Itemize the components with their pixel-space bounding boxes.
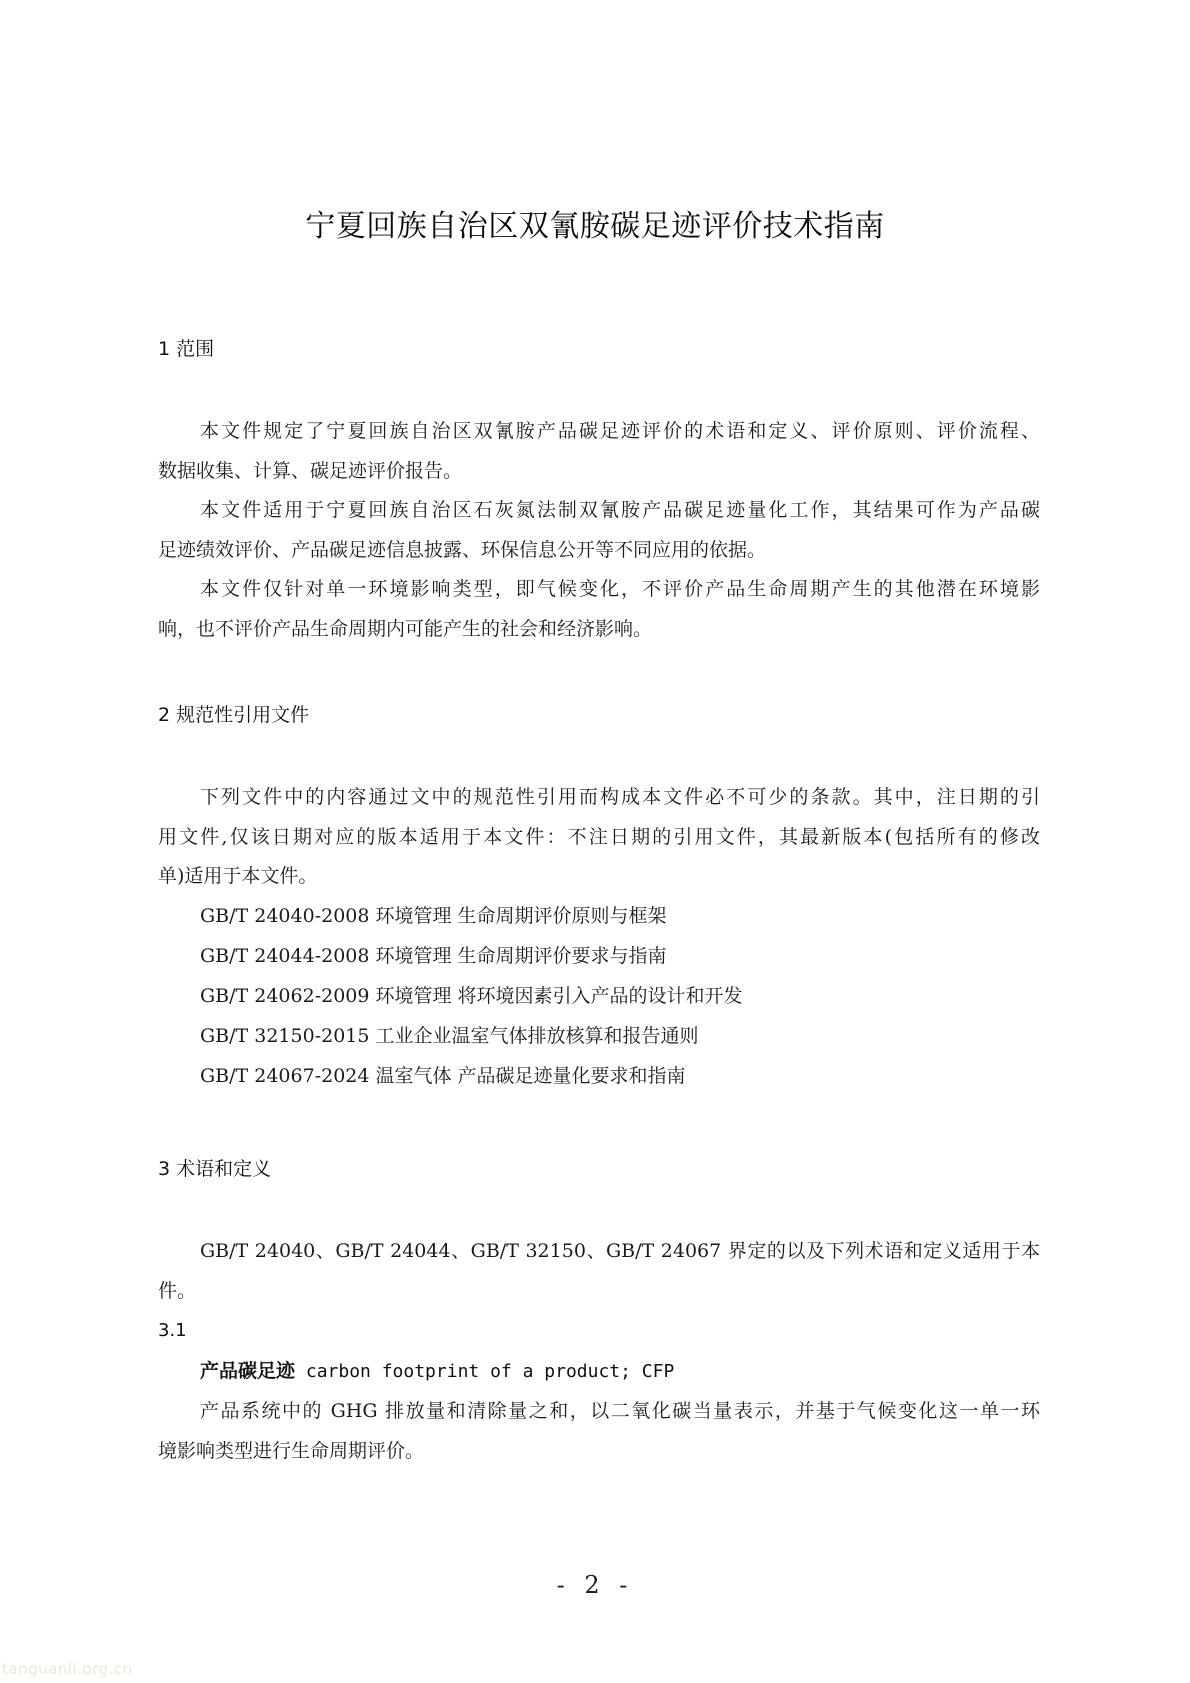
- paragraph-line: 本文件仅针对单一环境影响类型，即气候变化，不评价产品生命周期产生的其他潜在环境影: [200, 576, 1040, 602]
- reference-item: GB/T 24044-2008 环境管理 生命周期评价要求与指南: [200, 943, 1040, 969]
- paragraph-line: 响，也不评价产品生命周期内可能产生的社会和经济影响。: [158, 616, 1040, 642]
- paragraph-line: 数据收集、计算、碳足迹评价报告。: [158, 458, 1040, 484]
- term-entry: 产品碳足迹 carbon footprint of a product; CFP: [200, 1358, 674, 1385]
- paragraph-line: 下列文件中的内容通过文中的规范性引用而构成本文件必不可少的条款。其中，注日期的引: [200, 784, 1040, 810]
- reference-item: GB/T 32150-2015 工业企业温室气体排放核算和报告通则: [200, 1023, 1040, 1049]
- page-number: - 2 -: [0, 1570, 1190, 1600]
- clause-number: 3.1: [158, 1318, 187, 1344]
- reference-item: GB/T 24040-2008 环境管理 生命周期评价原则与框架: [200, 903, 1040, 929]
- reference-item: GB/T 24067-2024 温室气体 产品碳足迹量化要求和指南: [200, 1063, 1040, 1089]
- paragraph-line: 单)适用于本文件。: [158, 863, 1040, 889]
- paragraph-line: 足迹绩效评价、产品碳足迹信息披露、环保信息公开等不同应用的依据。: [158, 537, 1040, 563]
- paragraph-line: GB/T 24040、GB/T 24044、GB/T 32150、GB/T 24…: [200, 1238, 1040, 1264]
- watermark: tanguanli.org.cn: [2, 1660, 133, 1678]
- term-english: carbon footprint of a product; CFP: [295, 1361, 674, 1382]
- definition-line: 境影响类型进行生命周期评价。: [158, 1438, 1040, 1464]
- document-page: 宁夏回族自治区双氰胺碳足迹评价技术指南 1 范围 本文件规定了宁夏回族自治区双氰…: [0, 0, 1190, 1683]
- paragraph-line: 件。: [158, 1278, 1040, 1304]
- section-heading-terms-and-definitions: 3 术语和定义: [158, 1156, 271, 1182]
- paragraph-line: 本文件规定了宁夏回族自治区双氰胺产品碳足迹评价的术语和定义、评价原则、评价流程、: [200, 418, 1040, 444]
- section-heading-normative-references: 2 规范性引用文件: [158, 702, 309, 728]
- definition-line: 产品系统中的 GHG 排放量和清除量之和，以二氧化碳当量表示，并基于气候变化这一…: [200, 1398, 1040, 1424]
- paragraph-line: 本文件适用于宁夏回族自治区石灰氮法制双氰胺产品碳足迹量化工作，其结果可作为产品碳: [200, 497, 1040, 523]
- paragraph-line: 用文件,仅该日期对应的版本适用于本文件：不注日期的引用文件，其最新版本(包括所有…: [158, 824, 1040, 850]
- term-chinese: 产品碳足迹: [200, 1360, 295, 1382]
- section-heading-scope: 1 范围: [158, 336, 214, 362]
- document-title: 宁夏回族自治区双氰胺碳足迹评价技术指南: [0, 205, 1190, 249]
- reference-item: GB/T 24062-2009 环境管理 将环境因素引入产品的设计和开发: [200, 983, 1040, 1009]
